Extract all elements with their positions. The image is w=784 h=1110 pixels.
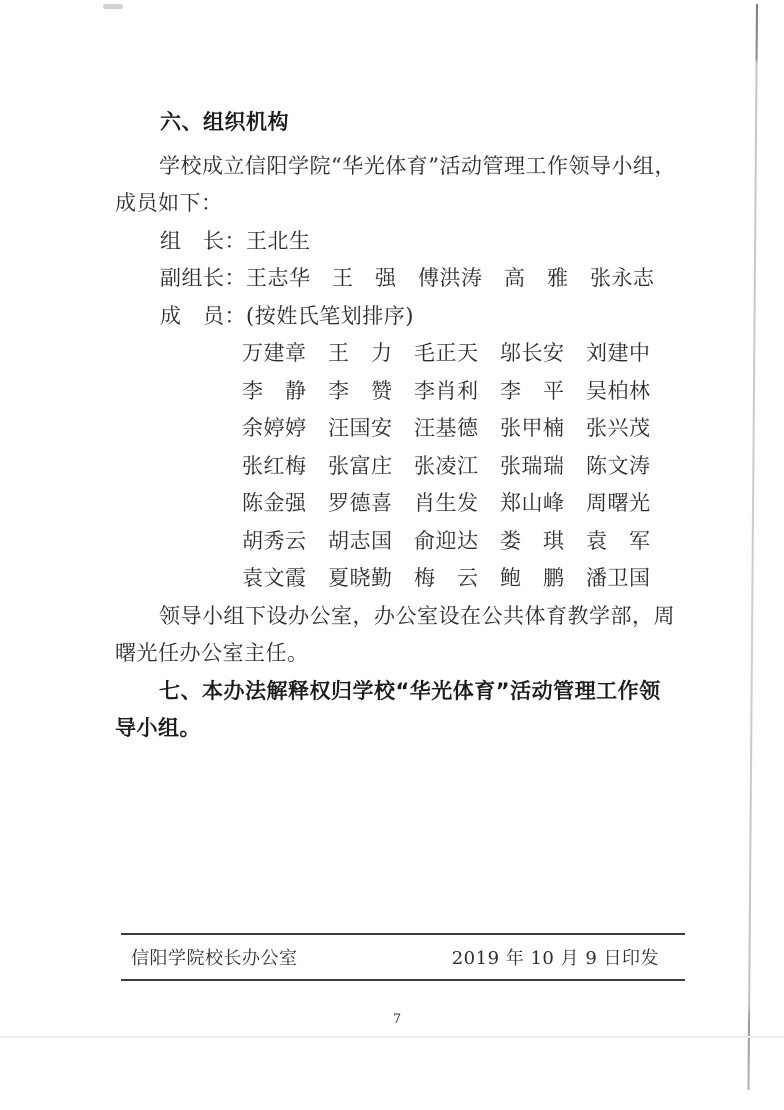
document-body: 六、组织机构 学校成立信阳学院“华光体育”活动管理工作领导小组， 成员如下： 组… <box>115 104 690 748</box>
section-6-intro-line-2: 成员如下： <box>115 185 690 223</box>
members-label-line: 成 员：(按姓氏笔划排序) <box>160 298 690 336</box>
footer-rule-bottom <box>121 979 685 981</box>
section-6-intro-line-1: 学校成立信阳学院“华光体育”活动管理工作领导小组， <box>115 148 690 186</box>
member-row: 余婷婷 汪国安 汪基德 张甲楠 张兴茂 <box>242 410 690 448</box>
footer-print-date: 2019 年 10 月 9 日印发 <box>452 944 659 970</box>
scanned-document-page: 六、组织机构 学校成立信阳学院“华光体育”活动管理工作领导小组， 成员如下： 组… <box>0 0 784 1110</box>
member-row: 李 静 李 赞 李肖利 李 平 吴柏林 <box>242 373 690 411</box>
footer-text-row: 信阳学院校长办公室 2019 年 10 月 9 日印发 <box>121 935 685 979</box>
page-number: 7 <box>0 1012 784 1027</box>
deputy-leaders-line: 副组长：王志华 王 强 傅洪涛 高 雅 张永志 <box>160 260 690 298</box>
member-row: 张红梅 张富庄 张凌江 张瑞瑞 陈文涛 <box>242 448 690 486</box>
member-row: 陈金强 罗德喜 肖生发 郑山峰 周曙光 <box>242 485 690 523</box>
scan-page-edge-right <box>747 4 758 1090</box>
office-paragraph-line-1: 领导小组下设办公室，办公室设在公共体育教学部，周 <box>115 598 690 636</box>
section-7-line-2: 导小组。 <box>115 710 690 748</box>
footer-issuer: 信阳学院校长办公室 <box>131 944 298 970</box>
member-row: 袁文霞 夏晓勤 梅 云 鲍 鹏 潘卫国 <box>242 560 690 598</box>
scan-page-edge-bottom <box>0 1036 784 1038</box>
scan-smudge <box>103 4 123 9</box>
member-row: 胡秀云 胡志国 俞迎达 娄 琪 袁 军 <box>242 523 690 561</box>
section-6-heading: 六、组织机构 <box>160 104 690 142</box>
section-7-line-1: 七、本办法解释权归学校“华光体育”活动管理工作领 <box>115 673 690 711</box>
document-footer: 信阳学院校长办公室 2019 年 10 月 9 日印发 <box>121 933 685 981</box>
member-row: 万建章 王 力 毛正天 邬长安 刘建中 <box>242 335 690 373</box>
office-paragraph-line-2: 曙光任办公室主任。 <box>115 635 690 673</box>
leader-line: 组 长：王北生 <box>160 223 690 261</box>
